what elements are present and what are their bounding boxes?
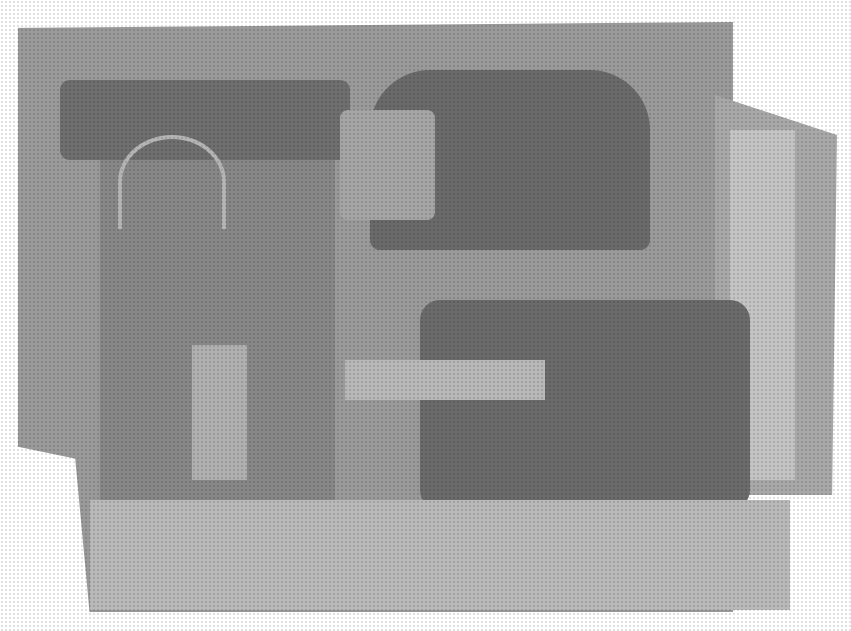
chassis-photo (0, 0, 851, 631)
halftone-grain (0, 0, 851, 631)
